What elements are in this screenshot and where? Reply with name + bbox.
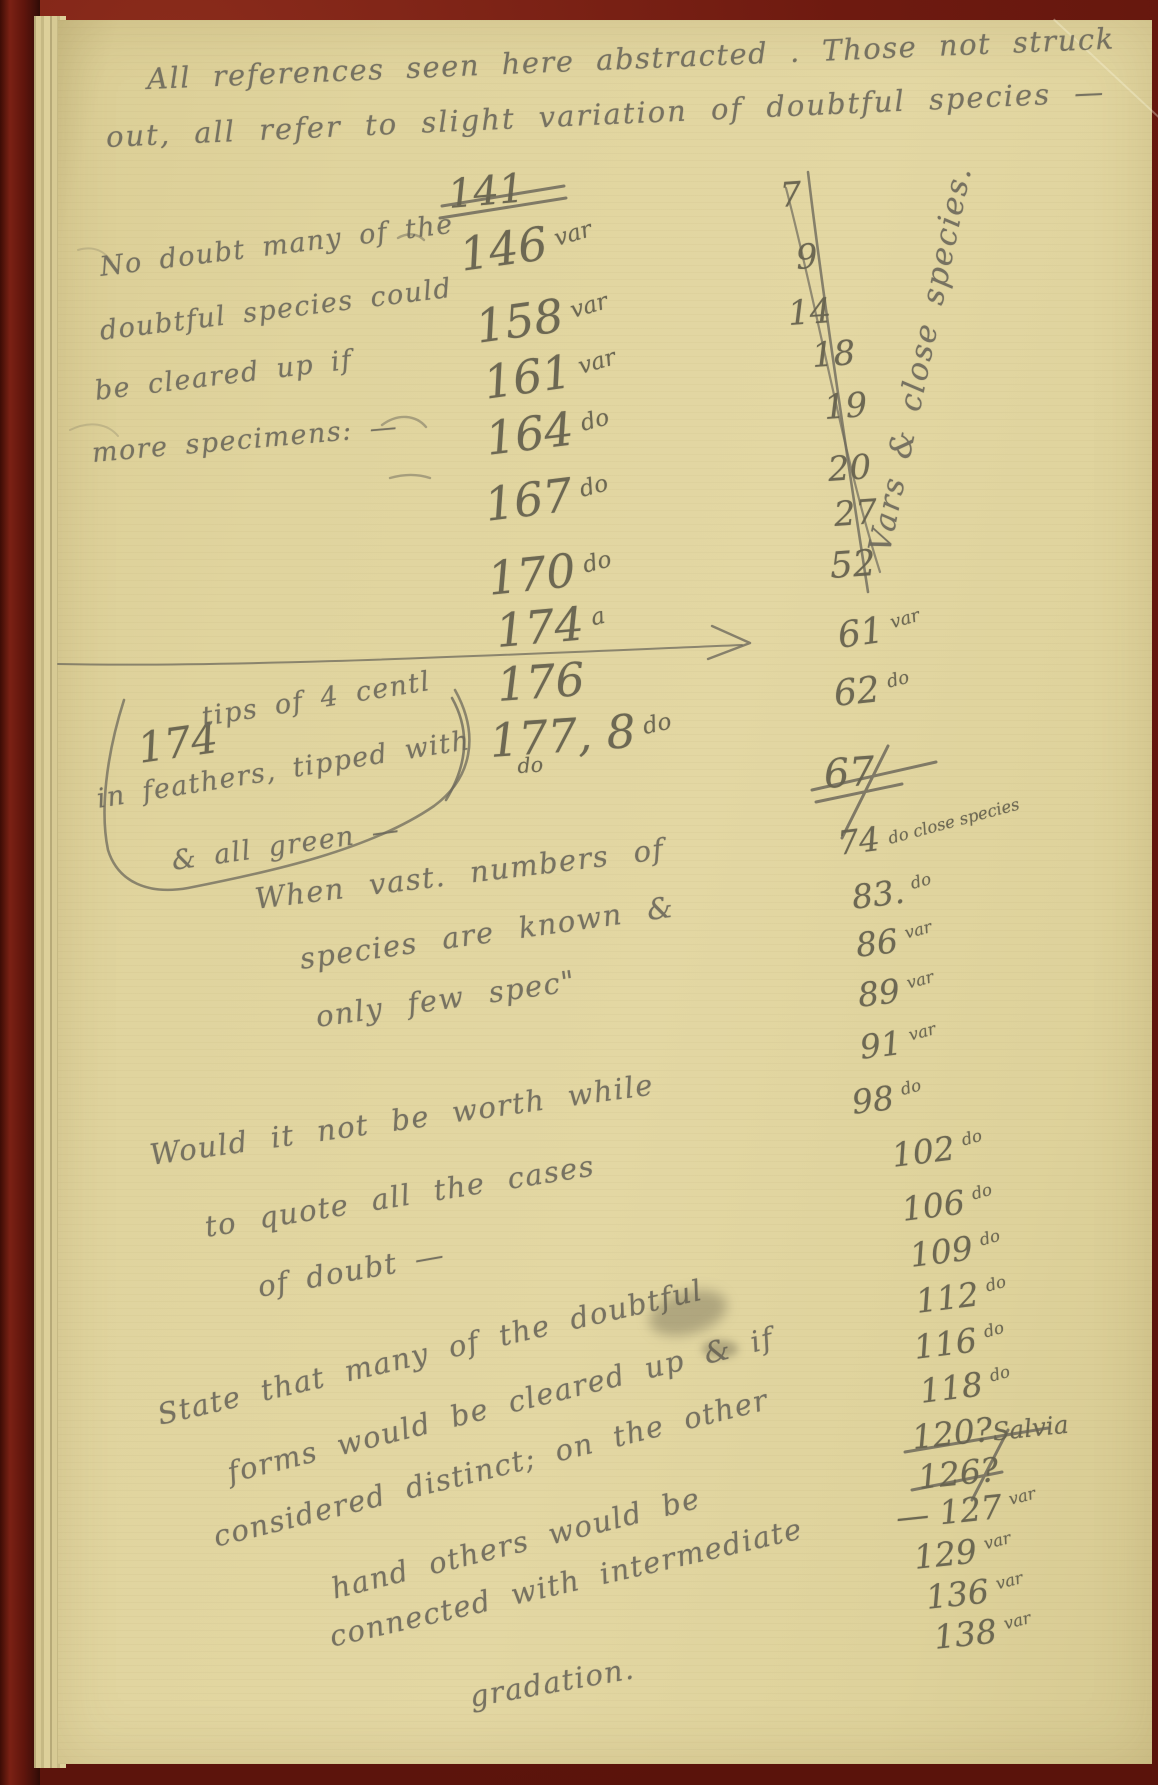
- list-item: 116do: [912, 1317, 1008, 1367]
- tally-number: 9: [795, 237, 819, 278]
- entry-suffix: var: [1002, 1608, 1033, 1633]
- entry-number: 136: [924, 1572, 991, 1617]
- pencil-smudge-small: [702, 1340, 738, 1358]
- list-item: 109do: [908, 1225, 1004, 1275]
- entry-suffix: var: [982, 1528, 1013, 1553]
- entry-number: 176: [495, 652, 586, 712]
- scanned-notebook-page: All references seen here abstracted . Th…: [0, 0, 1158, 1785]
- struck-number-67: 67: [822, 749, 876, 798]
- entry-number: 146: [456, 216, 550, 282]
- feather-note-line1: tips of 4 centl: [200, 666, 433, 733]
- entry-suffix: do: [969, 1180, 994, 1204]
- entry-number: 83.: [850, 872, 907, 917]
- list-item: 61var: [835, 605, 923, 657]
- list-item: 86var: [854, 917, 935, 965]
- left-note-line3: be cleared up if: [93, 345, 354, 407]
- entry-number: 89: [856, 971, 902, 1015]
- worth-note-line2: to quote all the cases: [202, 1149, 597, 1244]
- entry-suffix: do: [981, 1318, 1006, 1342]
- entry-number: 120?: [910, 1410, 994, 1457]
- list-item: 106do: [900, 1179, 996, 1229]
- list-item: 74do close species: [836, 802, 1025, 863]
- list-item-struck: 120?Salvia: [910, 1402, 1070, 1457]
- list-item: 118do: [918, 1361, 1014, 1411]
- entry-number: 106: [900, 1182, 967, 1228]
- entry-number: 109: [908, 1228, 975, 1274]
- entry-suffix: do: [641, 709, 674, 740]
- left-note-line1: No doubt many of the: [98, 209, 455, 283]
- arrow-line: [58, 645, 742, 665]
- list-item: 89var: [856, 967, 937, 1015]
- entry-suffix: do: [884, 667, 911, 693]
- list-item: 146var: [456, 210, 596, 282]
- entry-number: 167: [482, 467, 576, 531]
- list-item: 98do: [850, 1075, 925, 1122]
- entry-suffix: var: [551, 216, 594, 251]
- entry-number: 129: [912, 1532, 979, 1577]
- entry-number: 170: [485, 543, 578, 606]
- entry-number: 98: [850, 1078, 896, 1122]
- entry-suffix: var: [567, 288, 610, 323]
- entry-number: 61: [835, 610, 886, 657]
- entry-number: 86: [854, 921, 900, 965]
- entry-number: 161: [480, 344, 574, 410]
- entry-number: 158: [472, 288, 566, 354]
- entry-number: 102: [890, 1128, 957, 1174]
- list-item: 112do: [914, 1271, 1010, 1321]
- entry-number: 164: [483, 401, 577, 465]
- list-item: 176: [495, 651, 594, 712]
- left-note-line4: more specimens: —: [91, 411, 400, 469]
- arrow-head: [708, 626, 750, 659]
- tally-number: 7: [779, 175, 803, 216]
- entry-suffix: do: [977, 1226, 1002, 1250]
- list-item: 174a: [494, 595, 608, 658]
- entry-suffix: Salvia: [991, 1410, 1070, 1447]
- entry-suffix: a: [588, 603, 607, 631]
- entry-suffix: do: [898, 1075, 923, 1099]
- entry-suffix: var: [575, 344, 618, 379]
- entry-suffix: do: [959, 1126, 984, 1150]
- entry-suffix: do: [577, 470, 611, 503]
- entry-suffix: do: [987, 1362, 1012, 1386]
- left-note-line2: doubtful species could: [98, 273, 454, 347]
- list-item: 138var: [932, 1608, 1034, 1657]
- list-item: — 127var: [894, 1483, 1039, 1537]
- entry-suffix: do: [578, 404, 612, 437]
- tally-number: 20: [827, 447, 873, 490]
- tally-number: 18: [811, 333, 857, 376]
- species-note-line3: only few spec": [314, 964, 578, 1034]
- entry-suffix: var: [903, 917, 934, 942]
- entry-number: 177, 8: [488, 704, 638, 768]
- tally-number: 19: [823, 385, 869, 428]
- list-item: 83.do: [850, 868, 935, 917]
- worth-note-line3: of doubt —: [255, 1237, 448, 1303]
- entry-suffix: var: [905, 967, 936, 992]
- entry-suffix: do: [983, 1272, 1008, 1296]
- entry-number: 116: [912, 1320, 979, 1366]
- margin-note-vertical: Vars & close species.: [862, 162, 979, 555]
- list-item: 167do: [482, 463, 612, 532]
- state-note-line6: gradation.: [467, 1651, 637, 1713]
- handwriting-layer: All references seen here abstracted . Th…: [0, 0, 1158, 1785]
- entry-number: 118: [918, 1364, 985, 1410]
- entry-suffix: var: [1007, 1484, 1038, 1509]
- entry-number: 62: [832, 669, 882, 715]
- entry-number: 174: [494, 596, 586, 657]
- list-item: 177, 8dodo: [488, 701, 675, 780]
- entry-suffix: do: [909, 869, 934, 893]
- list-item: 91var: [858, 1019, 939, 1067]
- list-item: 102do: [890, 1125, 986, 1175]
- entry-suffix: var: [994, 1568, 1025, 1593]
- tally-number: 14: [787, 291, 833, 334]
- entry-suffix: var: [907, 1019, 938, 1044]
- entry-suffix: var: [888, 605, 922, 633]
- entry-number: 112: [914, 1274, 981, 1320]
- entry-suffix: do: [580, 546, 614, 578]
- list-item: 62do: [832, 666, 912, 715]
- entry-number: 138: [932, 1612, 999, 1657]
- entry-suffix: do close species: [886, 795, 1022, 848]
- entry-number: 74: [836, 819, 882, 863]
- entry-number: 91: [858, 1023, 904, 1067]
- struck-number-141: 141: [446, 165, 526, 217]
